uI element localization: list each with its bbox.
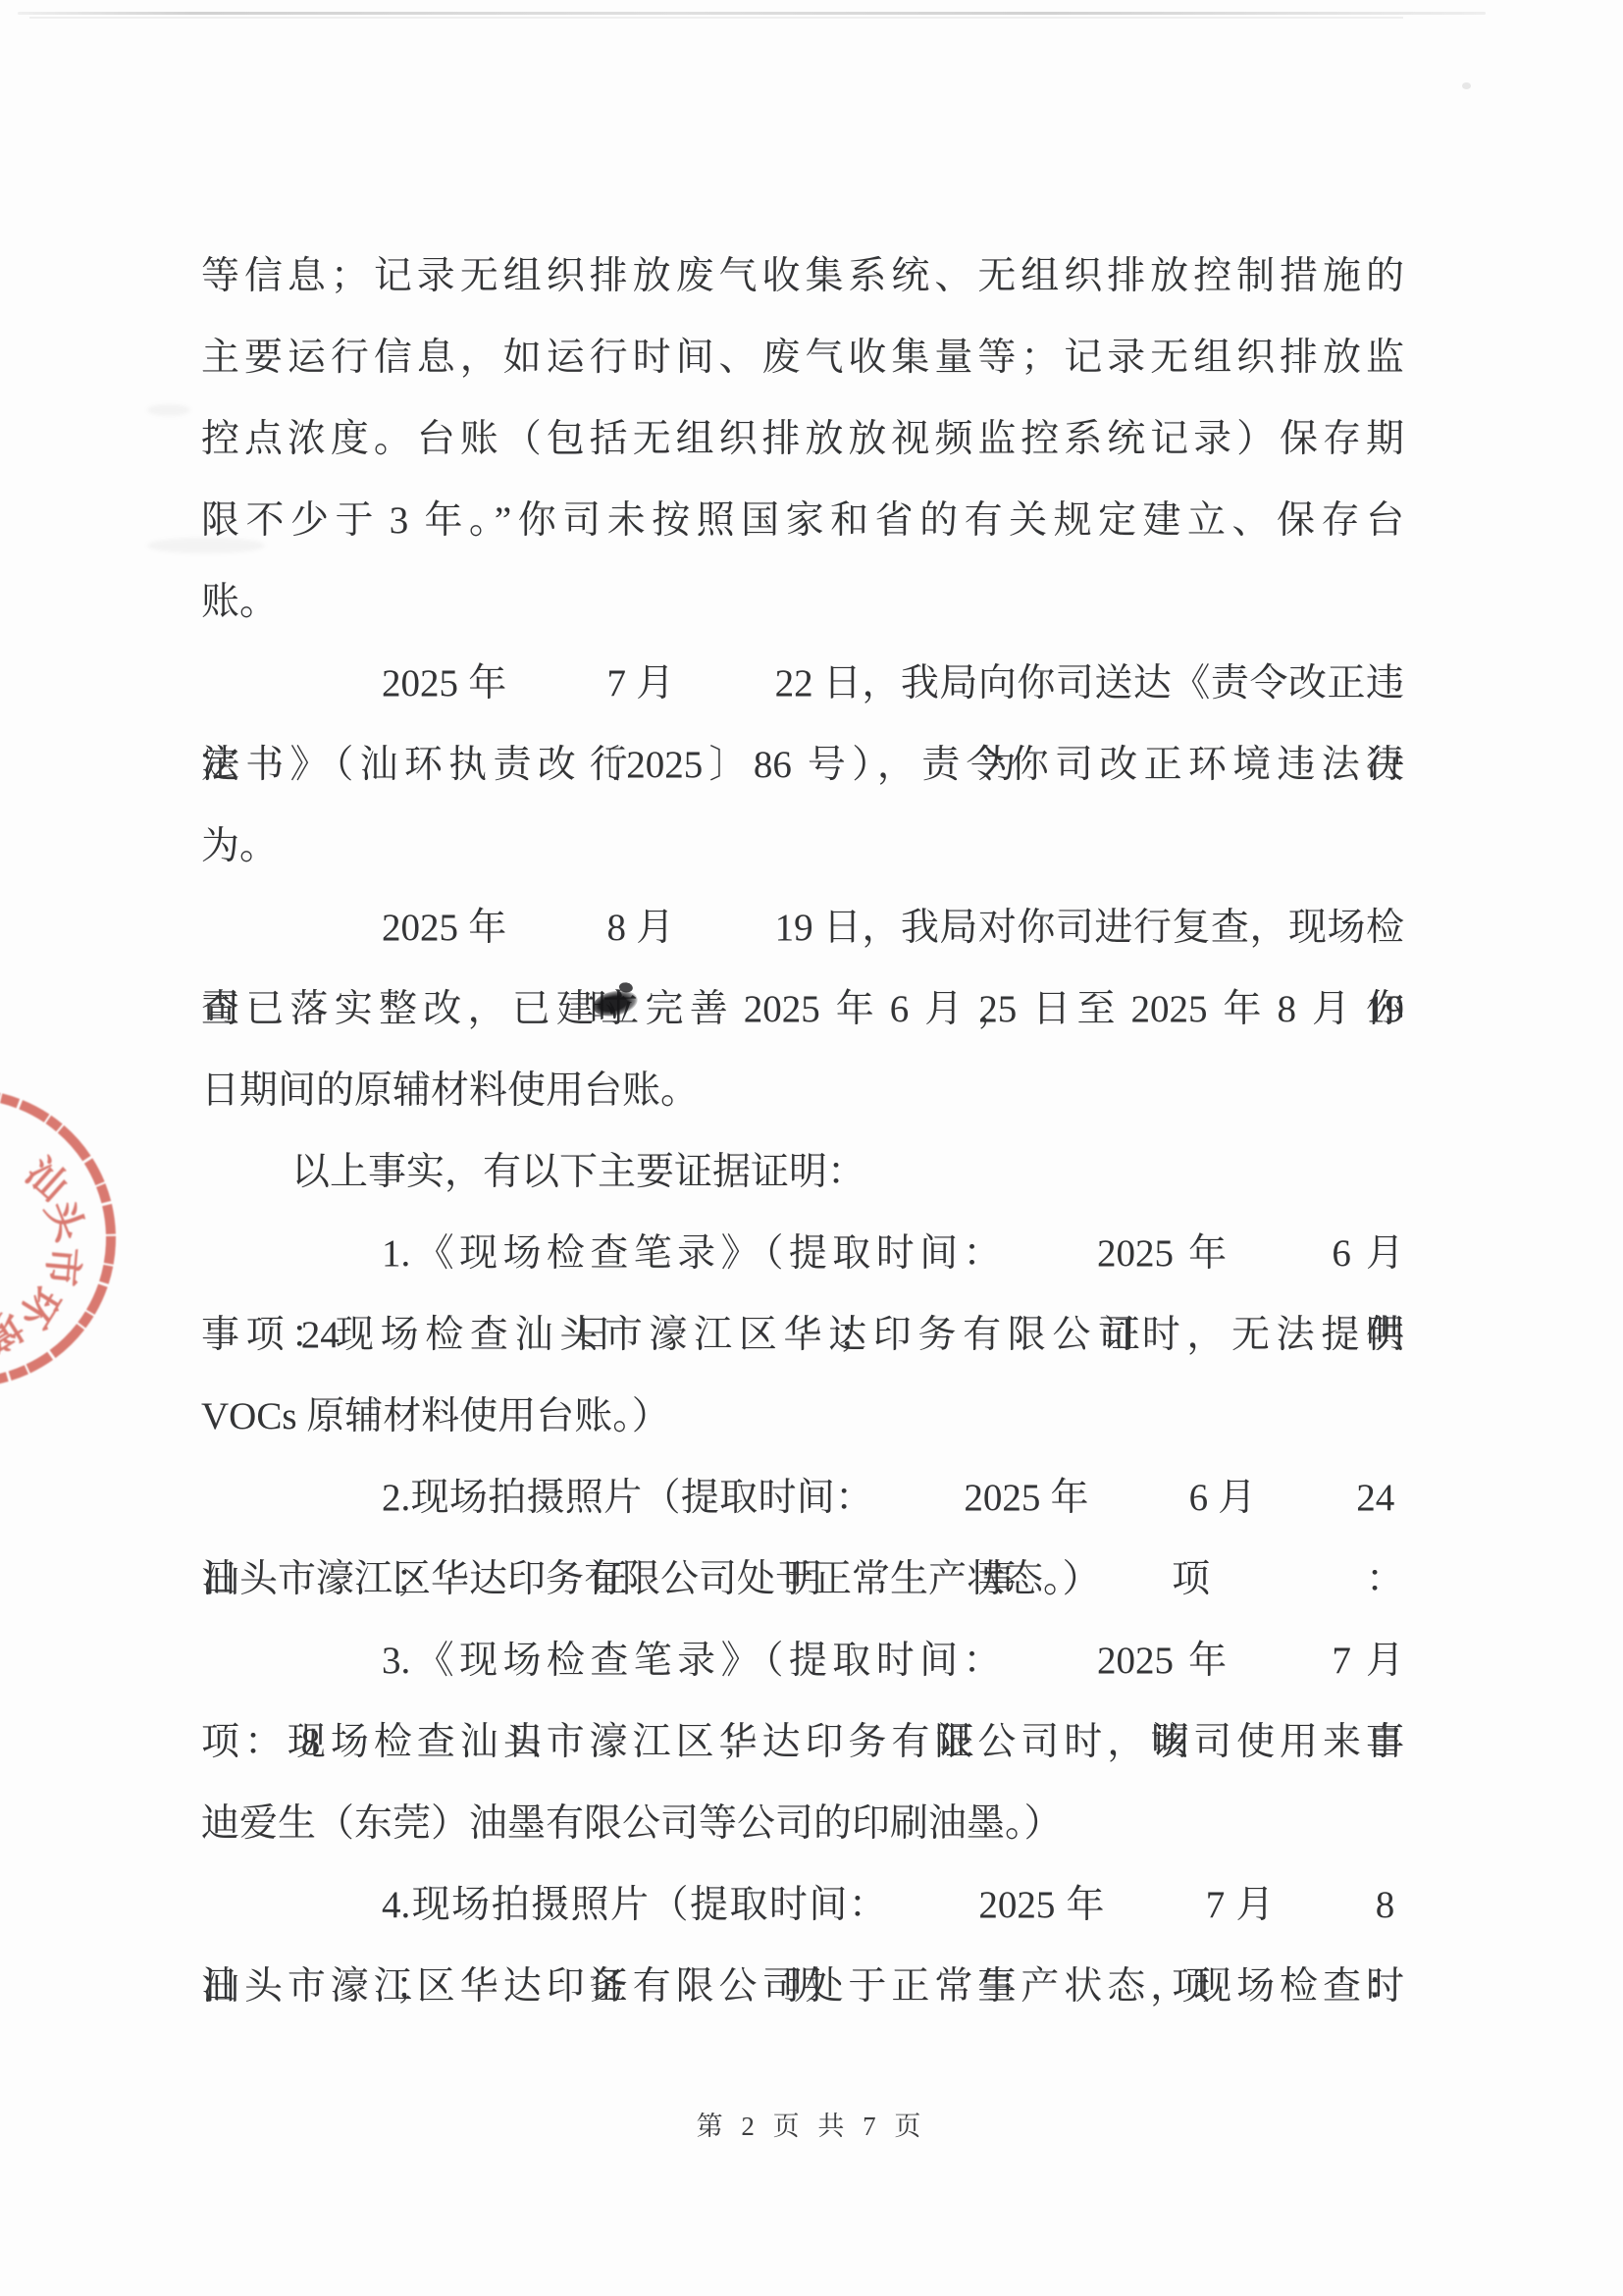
- latin-run: 6: [880, 968, 918, 1050]
- latin-run: 8: [507, 887, 636, 968]
- text-line: 2025 年 7 月 22 日，我局向你司送达《责令改正违法行为决: [201, 643, 1404, 724]
- text-line: 汕头市濠江区华达印务有限公司处于正常生产状态，现场检查时: [201, 1946, 1404, 2027]
- text-line: 主要运行信息，如运行时间、废气收集量等；记录无组织排放监: [201, 317, 1404, 398]
- latin-run: 2025: [888, 1864, 1065, 1946]
- latin-run: 2025: [734, 968, 830, 1050]
- document-page: 汕 头 市 环 境 等信息；记录无组织排放废气收集系统、无组织排放控制措施的主要…: [0, 0, 1623, 2296]
- text-line: 等信息；记录无组织排放废气收集系统、无组织排放控制措施的: [201, 235, 1404, 317]
- latin-run: 22: [675, 643, 823, 724]
- latin-run: 6: [1089, 1457, 1218, 1539]
- text-line: 限不少于 3 年。”你司未按照国家和省的有关规定建立、保存台: [201, 480, 1404, 561]
- latin-run: VOCs: [201, 1376, 306, 1457]
- latin-run: 2025: [873, 1457, 1050, 1539]
- text-line: 2025 年 8 月 19 日，我局对你司进行复查，现场检查时，你: [201, 887, 1404, 968]
- latin-run: 2025: [1007, 1213, 1183, 1294]
- scan-edge-line: [18, 12, 1486, 15]
- text-line: 项：现场检查汕头市濠江区华达印务有限公司时，该司使用来自: [201, 1701, 1404, 1783]
- scan-speck: [1462, 82, 1471, 89]
- scan-smudge: [147, 404, 190, 416]
- text-line: 控点浓度。台账（包括无组织排放放视频监控系统记录）保存期: [201, 398, 1404, 480]
- text-line: 日期间的原辅材料使用台账。: [201, 1050, 1404, 1131]
- latin-run: 7: [1106, 1864, 1234, 1946]
- svg-text:市: 市: [39, 1245, 86, 1288]
- text-line: 事项：现场检查汕头市濠江区华达印务有限公司时，无法提供: [201, 1294, 1404, 1376]
- scan-edge-line-faint: [29, 17, 1403, 19]
- document-body: 等信息；记录无组织排放废气收集系统、无组织排放控制措施的主要运行信息，如运行时间…: [201, 235, 1404, 2027]
- official-seal-stamp: 汕 头 市 环 境: [0, 1060, 137, 1398]
- text-line: 4.现场拍摄照片（提取时间：2025 年 7 月 8 日；证明事项：: [201, 1864, 1404, 1946]
- latin-run: 2.: [291, 1457, 410, 1539]
- latin-run: 2025: [1007, 1620, 1183, 1701]
- text-line: 为。: [201, 806, 1404, 887]
- latin-run: 2025: [291, 887, 468, 968]
- latin-run: 19: [675, 887, 823, 968]
- latin-run: 2025: [1122, 968, 1218, 1050]
- latin-run: 1.: [291, 1213, 410, 1294]
- text-line: 账。: [201, 561, 1404, 643]
- text-line: 司已落实整改，已建立完善 2025 年 6 月 25 日至 2025 年 8 月…: [201, 968, 1404, 1050]
- latin-run: 4.: [291, 1864, 410, 1946]
- official-seal-icon: 汕 头 市 环 境: [0, 1060, 137, 1398]
- latin-run: 19: [1356, 968, 1404, 1050]
- text-line: 1.《现场检查笔录》（提取时间：2025 年 6 月 24 日；证明: [201, 1213, 1404, 1294]
- text-line: 迪爱生（东莞）油墨有限公司等公司的印刷油墨。）: [201, 1783, 1404, 1864]
- text-line: 3.《现场检查笔录》（提取时间：2025 年 7 月 8 日；证明事: [201, 1620, 1404, 1701]
- text-line: 以上事实，有以下主要证据证明：: [201, 1131, 1404, 1213]
- latin-run: 8: [1276, 1864, 1404, 1946]
- latin-run: 86: [754, 724, 802, 806]
- latin-run: 7: [507, 643, 636, 724]
- text-line: VOCs 原辅材料使用台账。）: [201, 1376, 1404, 1457]
- latin-run: 2025: [291, 643, 468, 724]
- latin-run: 3.: [291, 1620, 410, 1701]
- text-line: 定书》（汕环执责改〔2025〕86 号），责令你司改正环境违法行: [201, 724, 1404, 806]
- latin-run: 6: [1232, 1213, 1361, 1294]
- latin-run: 24: [1256, 1457, 1404, 1539]
- latin-run: 8: [1268, 968, 1306, 1050]
- latin-run: 3: [380, 480, 418, 561]
- latin-run: 7: [1232, 1620, 1361, 1701]
- footer-page-number: 第 2 页 共 7 页: [0, 2102, 1623, 2151]
- latin-run: 25: [969, 968, 1026, 1050]
- text-line: 2.现场拍摄照片（提取时间：2025 年 6 月 24 日；证明事项：: [201, 1457, 1404, 1539]
- latin-run: 2025: [626, 724, 703, 806]
